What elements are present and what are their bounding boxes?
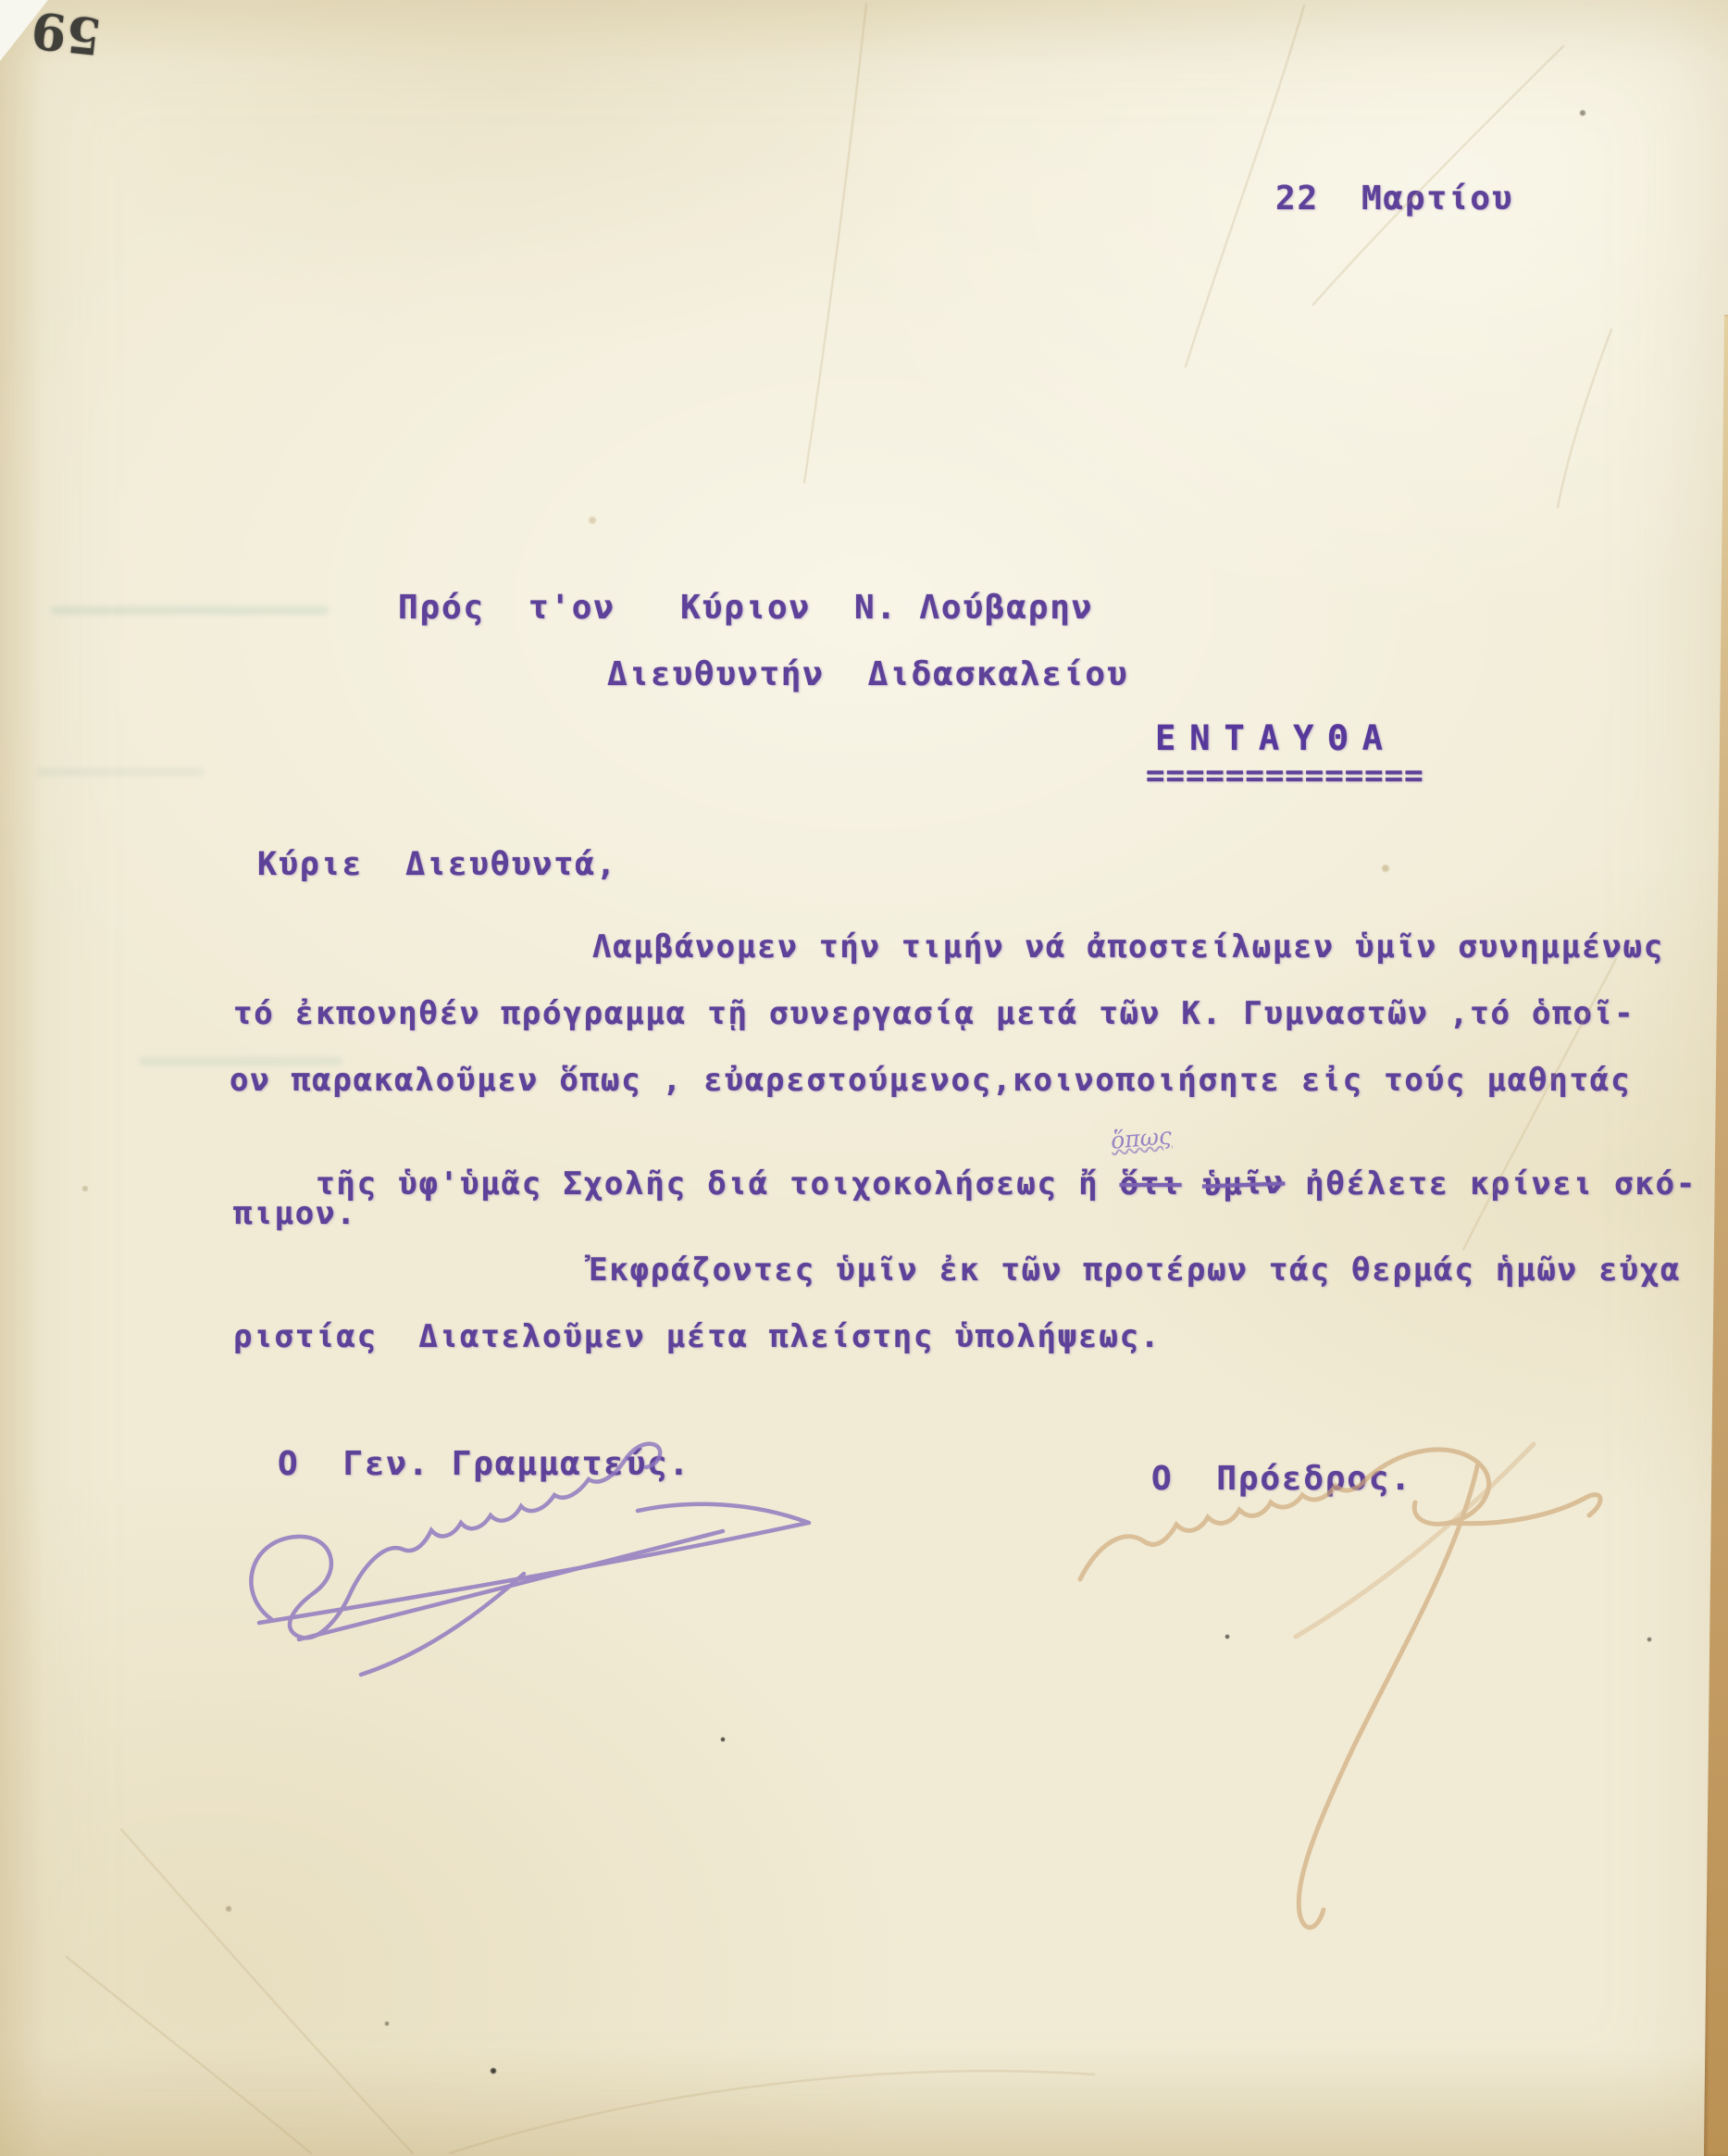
recipient-location: ΕΝΤΑΥΘΑ [1155, 718, 1397, 758]
location-underline: ============== [1146, 757, 1424, 794]
body-line-segment: ἠθέλετε κρίνει σκό- [1285, 1165, 1697, 1203]
correction-site: ὅτιὅπως [1120, 1165, 1182, 1203]
letter-page: 59 22 Μαρτίου Πρός τ'ον Κύριον Ν. Λούβαρ… [0, 0, 1728, 2156]
handwritten-correction: ὅπως [1109, 1122, 1172, 1154]
body-line: τό ἐκπονηθέν πρόγραμμα τῇ συνεργασίᾳ μετ… [233, 995, 1635, 1032]
scan-edge-strip [1704, 315, 1728, 2156]
body-line-with-correction: τῆς ὑφ'ὑμᾶς Σχολῆς διά τοιχοκολήσεως ἤ ὅ… [233, 1128, 1697, 1240]
struck-word: ὑμῖν [1202, 1164, 1285, 1203]
body-line: ον παρακαλοῦμεν ὅπως , εὐαρεστούμενος,κο… [230, 1062, 1631, 1099]
president-title: Ο Πρόεδρος. [1151, 1460, 1412, 1498]
date-day: 22 [1275, 180, 1319, 218]
letter-date: 22 Μαρτίου [1275, 180, 1513, 218]
struck-word: ὅτι [1120, 1165, 1182, 1203]
recipient-line-1: Πρός τ'ον Κύριον Ν. Λούβαρην [398, 589, 1093, 627]
body-line-segment: τῆς ὑφ'ὑμᾶς Σχολῆς διά τοιχοκολήσεως ἤ [316, 1165, 1120, 1203]
body-line-segment [1181, 1165, 1201, 1203]
body-line: πιμον. [233, 1195, 357, 1232]
folio-number: 59 [29, 0, 104, 67]
salutation: Κύριε Διευθυντά, [257, 846, 617, 883]
recipient-line-2: Διευθυντήν Διδασκαλείου [607, 655, 1128, 693]
body-line: Ἐκφράζοντες ὑμῖν ἐκ τῶν προτέρων τάς θερ… [589, 1252, 1681, 1289]
ink-bleedthrough [37, 768, 204, 776]
body-line: ριστίας Διατελοῦμεν μέτα πλείστης ὑπολήψ… [233, 1318, 1161, 1355]
date-month: Μαρτίου [1361, 180, 1513, 218]
body-line: Λαμβάνομεν τήν τιμήν νά ἀποστείλωμεν ὑμῖ… [592, 928, 1664, 966]
secretary-title: Ο Γεν. Γραμματεύς. [278, 1445, 690, 1483]
ink-bleedthrough [51, 606, 329, 615]
president-signature [1080, 1444, 1600, 1927]
